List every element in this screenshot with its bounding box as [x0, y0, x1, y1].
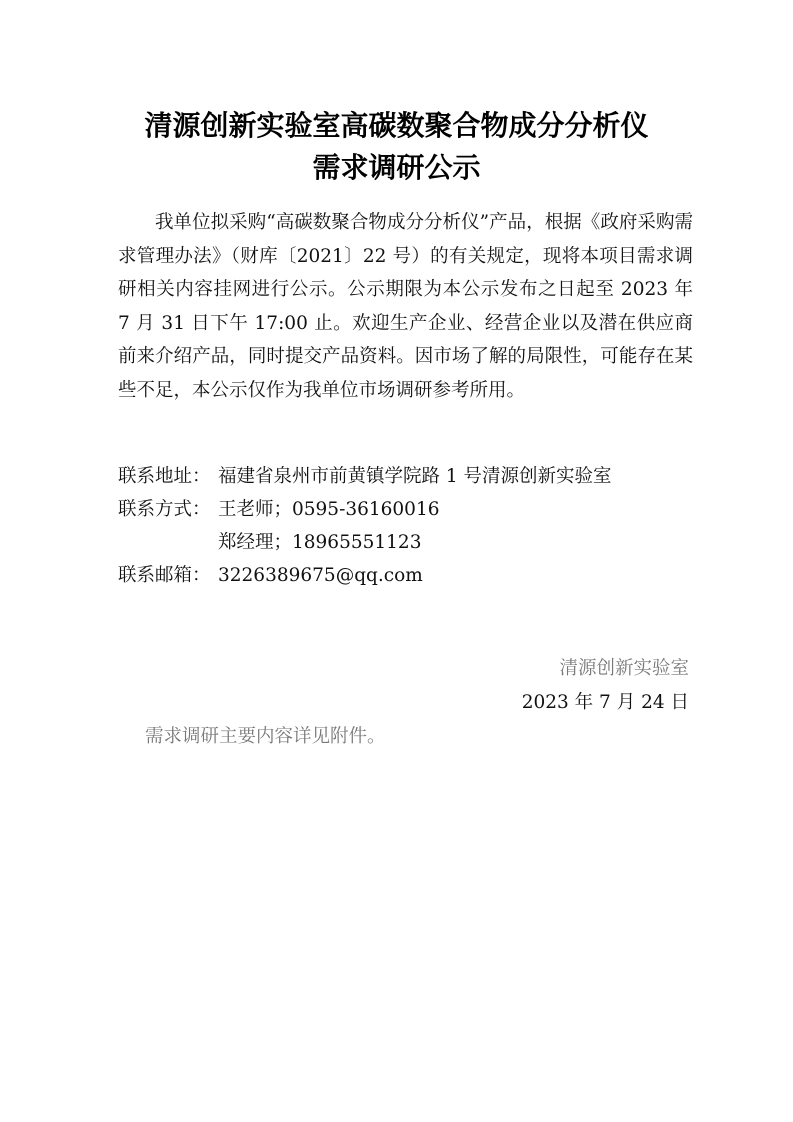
contact-method-value-2: 郑经理；18965551123	[218, 526, 421, 559]
contact-email-label: 联系邮箱：	[118, 559, 218, 592]
contact-block: 联系地址： 福建省泉州市前黄镇学院路 1 号清源创新实验室 联系方式： 王老师；…	[118, 460, 693, 592]
signature-date: 2023 年 7 月 24 日	[522, 688, 689, 714]
contact-method-row: 联系方式： 王老师；0595-36160016	[118, 493, 693, 526]
document-page: 清源创新实验室高碳数聚合物成分分析仪 需求调研公示 我单位拟采购“高碳数聚合物成…	[0, 0, 793, 1122]
contact-method-label: 联系方式：	[118, 493, 218, 526]
document-title-line-2: 需求调研公示	[0, 146, 793, 186]
announcement-paragraph: 我单位拟采购“高碳数聚合物成分分析仪”产品，根据《政府采购需求管理办法》（财库〔…	[118, 206, 693, 407]
contact-address-value: 福建省泉州市前黄镇学院路 1 号清源创新实验室	[218, 460, 612, 493]
document-title-line-1: 清源创新实验室高碳数聚合物成分分析仪	[0, 104, 793, 144]
contact-address-row: 联系地址： 福建省泉州市前黄镇学院路 1 号清源创新实验室	[118, 460, 693, 493]
contact-method-spacer	[118, 526, 218, 559]
signature-organization: 清源创新实验室	[559, 654, 689, 680]
contact-address-label: 联系地址：	[118, 460, 218, 493]
contact-email-row: 联系邮箱： 3226389675@qq.com	[118, 559, 693, 592]
contact-method-value-1: 王老师；0595-36160016	[218, 493, 440, 526]
contact-email-value: 3226389675@qq.com	[218, 559, 423, 592]
contact-method-row-2: 郑经理；18965551123	[118, 526, 693, 559]
attachment-note: 需求调研主要内容详见附件。	[145, 722, 386, 748]
